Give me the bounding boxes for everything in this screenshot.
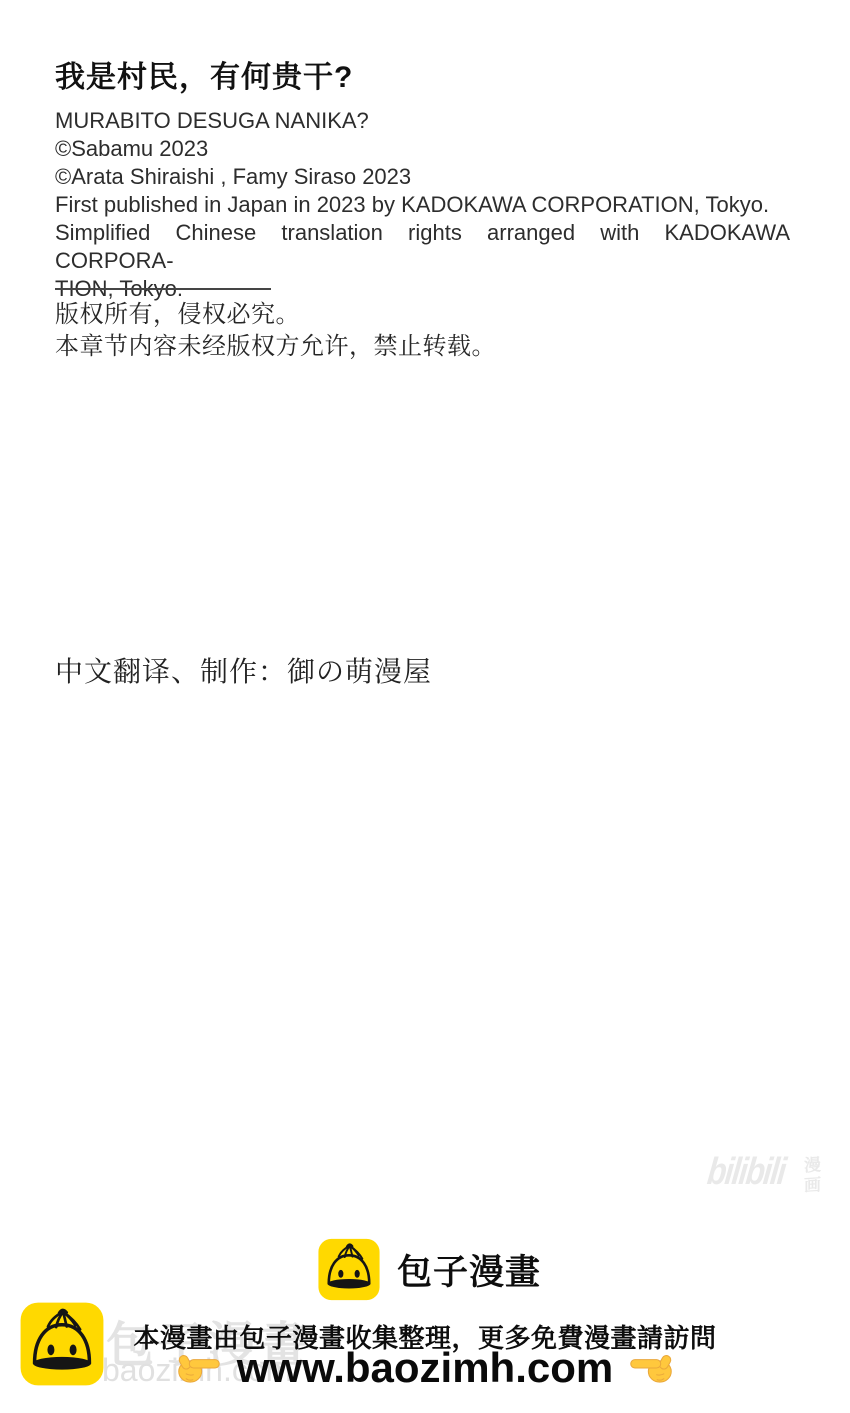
manga-credits-page: 我是村民，有何贵干? MURABITO DESUGA NANIKA? ©Saba… bbox=[0, 0, 850, 1413]
baozi-bun-corner-logo-icon bbox=[20, 1300, 104, 1388]
rights-notice-line: 本章节内容未经版权方允许，禁止转载。 bbox=[55, 331, 496, 363]
romaji-title: MURABITO DESUGA NANIKA? bbox=[55, 107, 790, 135]
copyright-line: ©Sabamu 2023 bbox=[55, 135, 790, 163]
divider-line bbox=[55, 288, 271, 290]
publication-line: First published in Japan in 2023 by KADO… bbox=[55, 191, 790, 219]
footer-brand-row: 包子漫畫 bbox=[318, 1237, 541, 1302]
page-title: 我是村民，有何贵干? bbox=[55, 52, 353, 96]
copyright-line: ©Arata Shiraishi , Famy Siraso 2023 bbox=[55, 163, 790, 191]
footer-brand-name: 包子漫畫 bbox=[397, 1245, 541, 1295]
site-url[interactable]: www.baozimh.com bbox=[237, 1344, 613, 1392]
translator-credit: 中文翻译、制作：御の萌漫屋 bbox=[55, 650, 432, 690]
rights-notice-line: 版权所有，侵权必究。 bbox=[55, 299, 496, 331]
hand-pointing-left-icon bbox=[629, 1351, 673, 1385]
rights-notice-block: 版权所有，侵权必究。 本章节内容未经版权方允许，禁止转载。 bbox=[55, 299, 496, 362]
publication-info-block: MURABITO DESUGA NANIKA? ©Sabamu 2023 ©Ar… bbox=[55, 107, 790, 303]
bilibili-manhua-vertical-label: 漫画 bbox=[798, 1155, 823, 1197]
baozi-bun-logo-icon bbox=[318, 1237, 380, 1302]
hand-pointing-right-icon bbox=[177, 1351, 221, 1385]
translation-rights-line: Simplified Chinese translation rights ar… bbox=[55, 219, 790, 275]
site-url-row: www.baozimh.com bbox=[0, 1344, 850, 1392]
bilibili-watermark: bilibili 漫画 bbox=[710, 1152, 823, 1196]
bilibili-logo-text: bilibili bbox=[705, 1152, 787, 1192]
